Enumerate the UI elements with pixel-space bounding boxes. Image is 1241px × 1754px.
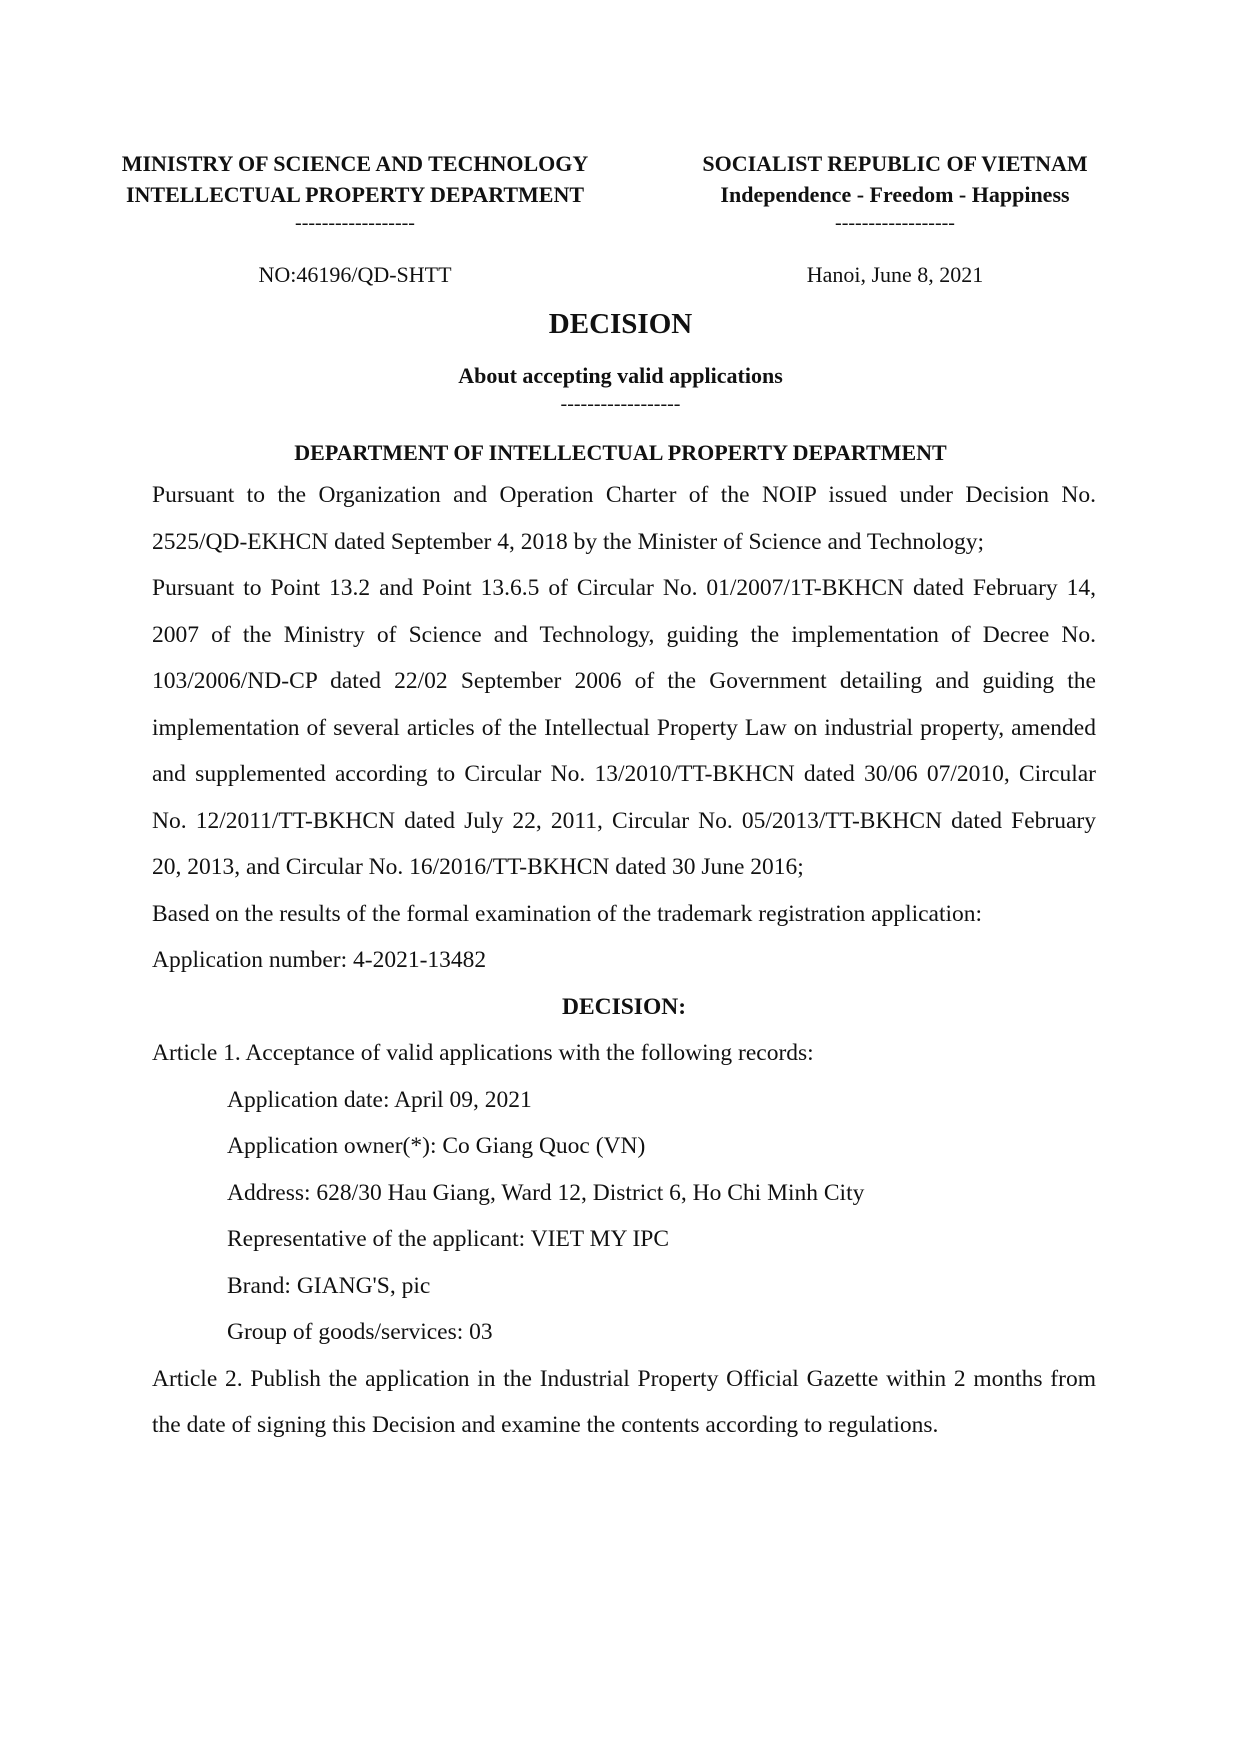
application-number: Application number: 4-2021-13482 bbox=[152, 937, 1096, 984]
national-motto-block: SOCIALIST REPUBLIC OF VIETNAM Independen… bbox=[660, 148, 1130, 236]
ministry-name: MINISTRY OF SCIENCE AND TECHNOLOGY bbox=[80, 148, 630, 179]
record-goods-group: Group of goods/services: 03 bbox=[152, 1309, 1096, 1356]
issuing-authority: DEPARTMENT OF INTELLECTUAL PROPERTY DEPA… bbox=[0, 440, 1241, 466]
divider: ------------------ bbox=[80, 210, 630, 236]
record-brand: Brand: GIANG'S, pic bbox=[152, 1263, 1096, 1310]
document-body: Pursuant to the Organization and Operati… bbox=[152, 472, 1096, 1449]
preamble-paragraph: Pursuant to Point 13.2 and Point 13.6.5 … bbox=[152, 565, 1096, 891]
record-application-date: Application date: April 09, 2021 bbox=[152, 1077, 1096, 1124]
record-representative: Representative of the applicant: VIET MY… bbox=[152, 1216, 1096, 1263]
record-owner: Application owner(*): Co Giang Quoc (VN) bbox=[152, 1123, 1096, 1170]
divider: ------------------ bbox=[660, 210, 1130, 236]
document-title: DECISION bbox=[0, 308, 1241, 341]
decision-date: Hanoi, June 8, 2021 bbox=[660, 262, 1130, 288]
motto: Independence - Freedom - Happiness bbox=[660, 179, 1130, 210]
record-address: Address: 628/30 Hau Giang, Ward 12, Dist… bbox=[152, 1170, 1096, 1217]
document-subtitle: About accepting valid applications bbox=[0, 363, 1241, 389]
title-divider: ------------------ bbox=[0, 393, 1241, 416]
article-1-heading: Article 1. Acceptance of valid applicati… bbox=[152, 1030, 1096, 1077]
decision-heading: DECISION: bbox=[152, 984, 1096, 1031]
preamble-paragraph: Based on the results of the formal exami… bbox=[152, 891, 1096, 938]
article-2: Article 2. Publish the application in th… bbox=[152, 1356, 1096, 1449]
country-name: SOCIALIST REPUBLIC OF VIETNAM bbox=[660, 148, 1130, 179]
issuer-block: MINISTRY OF SCIENCE AND TECHNOLOGY INTEL… bbox=[80, 148, 630, 236]
department-name: INTELLECTUAL PROPERTY DEPARTMENT bbox=[80, 179, 630, 210]
preamble-paragraph: Pursuant to the Organization and Operati… bbox=[152, 472, 1096, 565]
decision-number: NO:46196/QD-SHTT bbox=[80, 262, 630, 288]
